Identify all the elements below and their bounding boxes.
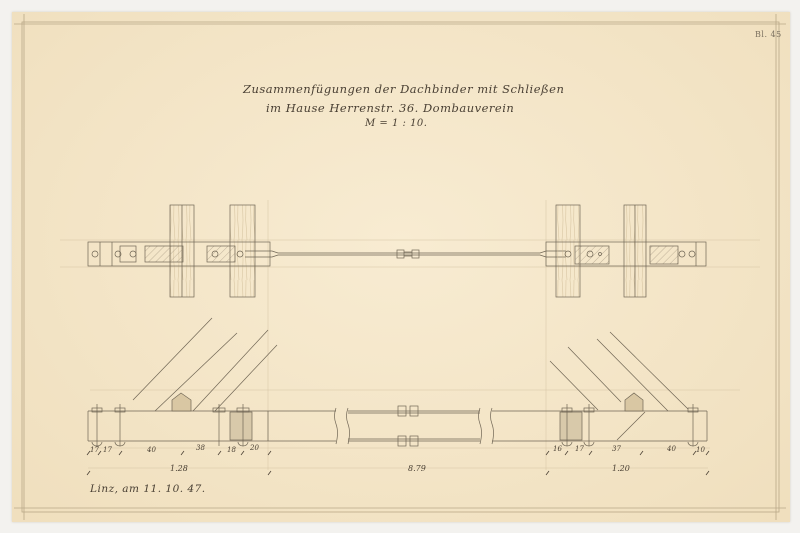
dim-right-1: 16 — [553, 445, 562, 453]
dim-middle-total: 8.79 — [408, 464, 426, 473]
dim-right-4: 40 — [667, 445, 676, 453]
dim-right-3: 37 — [612, 445, 621, 453]
place-date-note: Linz, am 11. 10. 47. — [90, 483, 206, 495]
technical-drawing — [0, 0, 800, 533]
elevation-bolts-left — [92, 404, 249, 446]
drawing-title-line-1: Zusammenfügungen der Dachbinder mit Schl… — [243, 82, 564, 96]
elevation-view — [88, 318, 707, 446]
sheet-number: Bl. 45 — [755, 30, 782, 39]
plan-view — [88, 205, 706, 297]
drawing-scale: M = 1 : 10. — [365, 118, 427, 129]
dim-right-total: 1.20 — [612, 464, 630, 473]
dim-right-2: 17 — [575, 445, 584, 453]
dim-left-6: 20 — [250, 444, 259, 452]
dim-right-5: 10 — [696, 446, 705, 454]
dim-left-1: 17 — [90, 446, 99, 454]
dim-left-2: 17 — [103, 446, 112, 454]
dim-left-3: 40 — [147, 446, 156, 454]
drawing-title-line-2: im Hause Herrenstr. 36. Dombauverein — [266, 101, 514, 115]
dim-left-4: 38 — [196, 444, 205, 452]
dim-left-total: 1.28 — [170, 464, 188, 473]
dim-left-5: 18 — [227, 446, 236, 454]
construction-lines — [60, 200, 760, 470]
